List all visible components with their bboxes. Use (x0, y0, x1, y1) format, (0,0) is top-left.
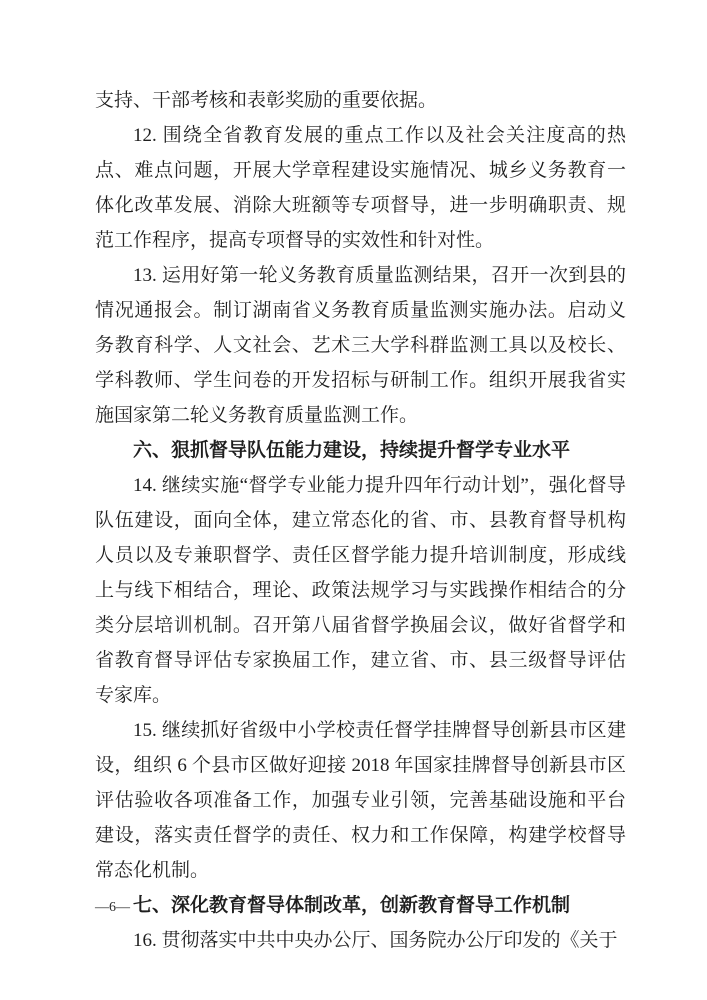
section-heading-seven: 七、深化教育督导体制改革，创新教育督导工作机制 (95, 888, 626, 923)
paragraph-continuation: 支持、干部考核和表彰奖励的重要依据。 (95, 83, 626, 118)
document-body: 支持、干部考核和表彰奖励的重要依据。 12. 围绕全省教育发展的重点工作以及社会… (95, 83, 626, 958)
page-number: —6— (95, 898, 130, 918)
paragraph-item-14: 14. 继续实施“督学专业能力提升四年行动计划”，强化督导队伍建设，面向全体，建… (95, 468, 626, 713)
section-heading-six: 六、狠抓督导队伍能力建设，持续提升督学专业水平 (95, 433, 626, 468)
document-page: 支持、干部考核和表彰奖励的重要依据。 12. 围绕全省教育发展的重点工作以及社会… (0, 0, 707, 1000)
paragraph-item-15: 15. 继续抓好省级中小学校责任督学挂牌督导创新县市区建设，组织 6 个县市区做… (95, 713, 626, 888)
paragraph-item-16: 16. 贯彻落实中共中央办公厅、国务院办公厅印发的《关于 (95, 923, 626, 958)
paragraph-item-12: 12. 围绕全省教育发展的重点工作以及社会关注度高的热点、难点问题，开展大学章程… (95, 118, 626, 258)
paragraph-item-13: 13. 运用好第一轮义务教育质量监测结果，召开一次到县的情况通报会。制订湖南省义… (95, 258, 626, 433)
